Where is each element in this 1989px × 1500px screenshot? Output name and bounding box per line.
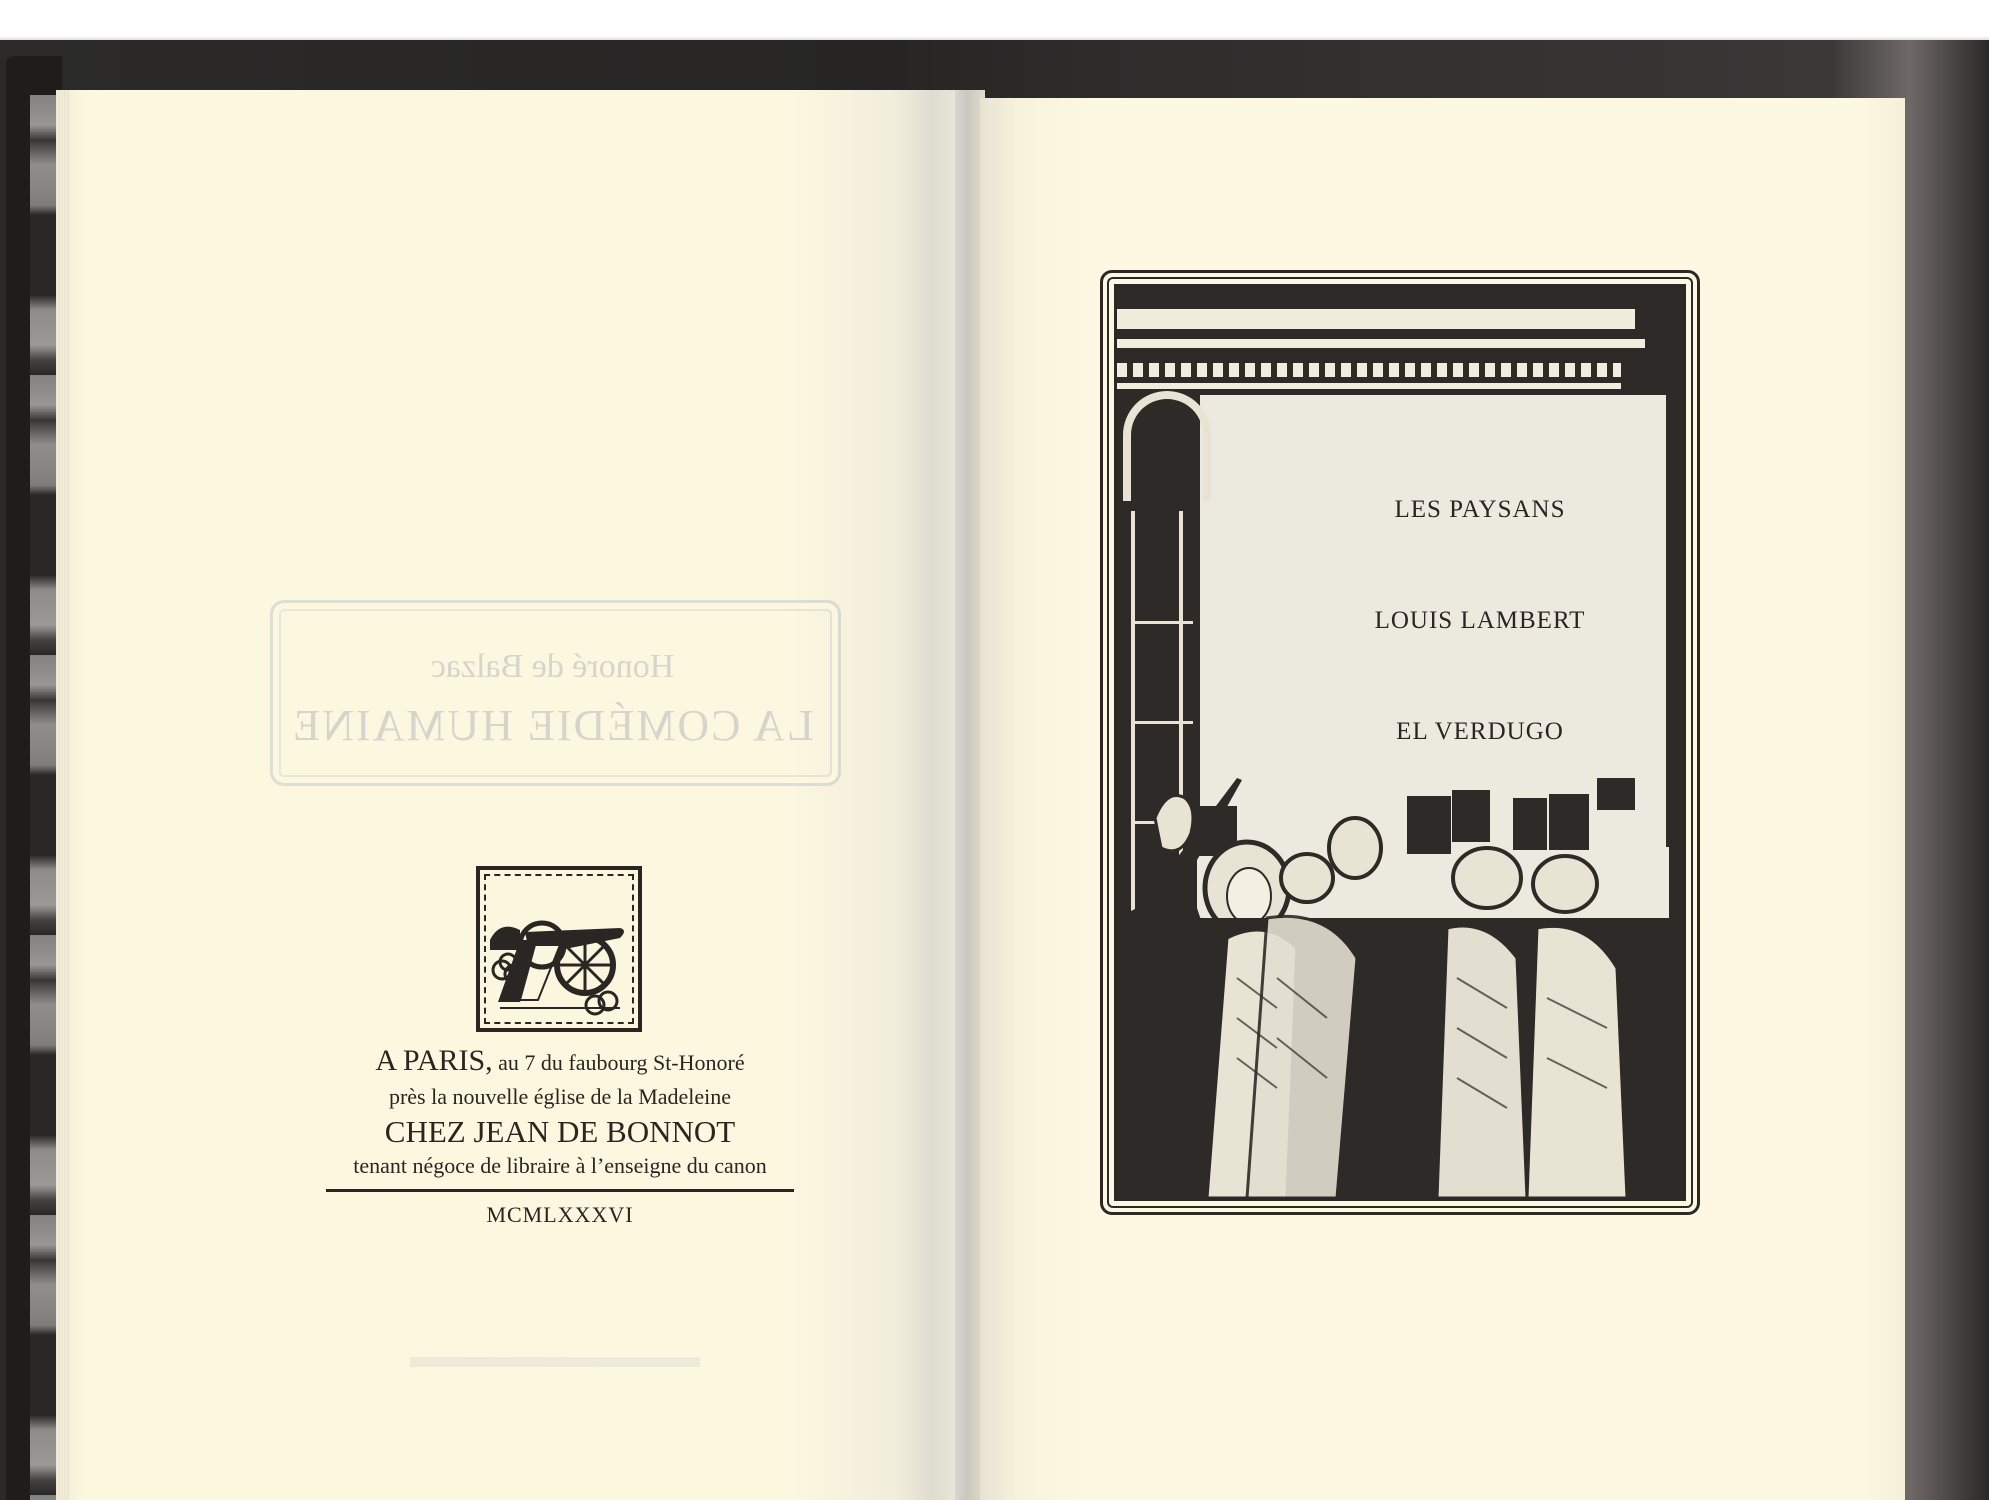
cannon-icon	[480, 870, 638, 1028]
page-edges	[56, 90, 70, 1500]
window-shelf	[1131, 721, 1193, 724]
cannon-emblem	[476, 866, 642, 1032]
title-les-paysans: LES PAYSANS	[1210, 496, 1750, 524]
cornice-band	[1117, 309, 1635, 329]
imprint-address: au 7 du faubourg St-Honoré	[493, 1050, 745, 1075]
imprint-place: A PARIS,	[375, 1044, 492, 1077]
bleed-through-author: Honoré de Balzac	[270, 648, 835, 686]
imprint-year: MCMLXXXVI	[320, 1204, 800, 1226]
window-shelf	[1131, 621, 1193, 624]
imprint-sign: tenant négoce de libraire à l’enseigne d…	[320, 1155, 800, 1177]
bleed-through-frame	[270, 600, 841, 786]
window-arch	[1123, 391, 1211, 501]
title-louis-lambert: LOUIS LAMBERT	[1210, 607, 1750, 635]
cornice-band	[1117, 383, 1621, 389]
imprint-rule	[326, 1189, 794, 1192]
bleed-through-title: LA COMÉDIE HUMAINE	[270, 700, 835, 751]
title-el-verdugo: EL VERDUGO	[1210, 718, 1750, 746]
imprint-landmark: près la nouvelle église de la Madeleine	[320, 1086, 800, 1108]
crowd-icon	[1117, 778, 1683, 1198]
left-page	[56, 90, 960, 1500]
imprint-publisher: CHEZ JEAN DE BONNOT	[320, 1116, 800, 1147]
dentil-frieze	[1117, 363, 1621, 377]
publisher-imprint: A PARIS, au 7 du faubourg St-Honoré près…	[320, 1046, 800, 1226]
imprint-address-line: A PARIS, au 7 du faubourg St-Honoré	[320, 1046, 800, 1076]
bleed-through-footer	[410, 1357, 700, 1367]
cornice-band	[1117, 339, 1645, 348]
